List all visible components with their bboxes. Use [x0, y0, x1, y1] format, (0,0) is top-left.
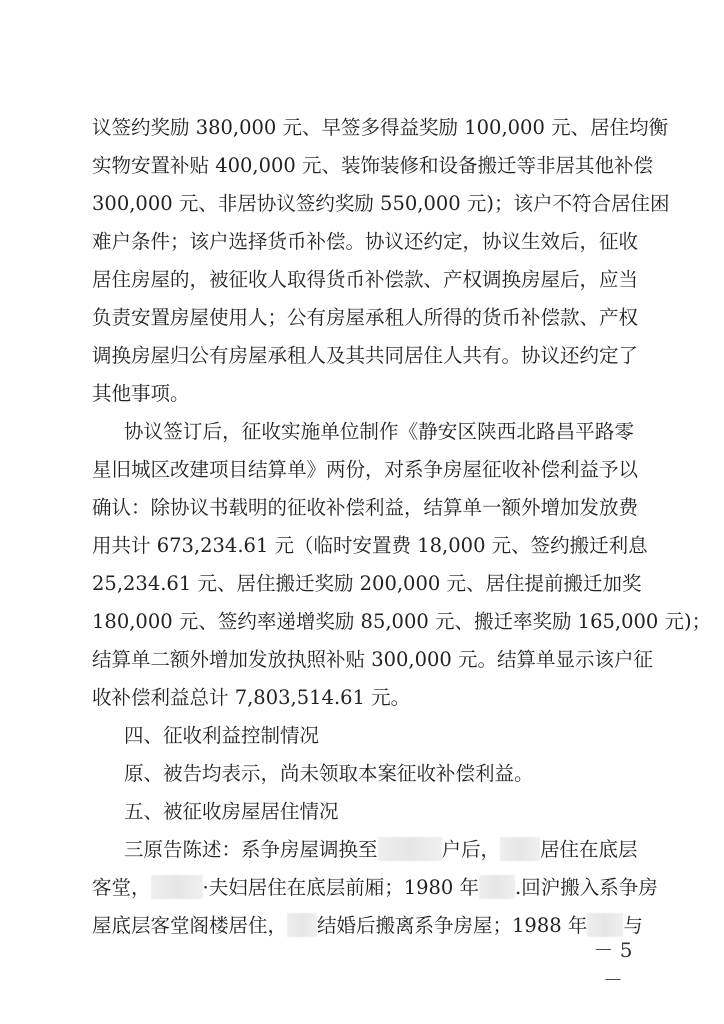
text-fragment: 与	[623, 914, 643, 937]
redaction-block	[378, 837, 442, 861]
text-line: 收补偿利益总计 7,803,514.61 元。	[92, 679, 634, 717]
redaction-block	[587, 913, 623, 937]
text-fragment: 客堂，	[92, 876, 151, 899]
text-line: 用共计 673,234.61 元（临时安置费 18,000 元、签约搬迁利息	[92, 527, 634, 565]
text-line: 25,234.61 元、居住搬迁奖励 200,000 元、居住提前搬迁加奖	[92, 565, 634, 603]
text-line: 议签约奖励 380,000 元、早签多得益奖励 100,000 元、居住均衡	[92, 109, 634, 147]
text-fragment: 结婚后搬离系争房屋；1988 年	[317, 914, 587, 937]
text-line: 难户条件；该户选择货币补偿。协议还约定，协议生效后，征收	[92, 223, 634, 261]
page-number: － 5 －	[583, 935, 643, 965]
paragraph-start-line: 协议签订后，征收实施单位制作《静安区陕西北路昌平路零	[124, 413, 634, 451]
redacted-line: 三原告陈述：系争房屋调换至户后，居住在底层	[124, 831, 634, 869]
text-fragment: 屋底层客堂阁楼居住，	[92, 914, 287, 937]
redaction-block	[500, 837, 540, 861]
text-line: 负责安置房屋使用人；公有房屋承租人所得的货币补偿款、产权	[92, 299, 634, 337]
section-heading-5: 五、被征收房屋居住情况	[124, 793, 634, 831]
text-fragment: .回沪搬入系争房	[515, 876, 658, 899]
text-line: 其他事项。	[92, 375, 634, 413]
text-line: 原、被告均表示，尚未领取本案征收补偿利益。	[124, 755, 634, 793]
redaction-block	[479, 875, 515, 899]
text-line: 300,000 元、非居协议签约奖励 550,000 元)；该户不符合居住困	[92, 185, 634, 223]
text-line: 星旧城区改建项目结算单》两份，对系争房屋征收补偿利益予以	[92, 451, 634, 489]
text-line: 180,000 元、签约率递增奖励 85,000 元、搬迁率奖励 165,000…	[92, 603, 634, 641]
text-fragment: 三原告陈述：系争房屋调换至	[124, 838, 378, 861]
text-line: 结算单二额外增加发放执照补贴 300,000 元。结算单显示该户征	[92, 641, 634, 679]
document-page: 议签约奖励 380,000 元、早签多得益奖励 100,000 元、居住均衡 实…	[0, 0, 724, 1024]
text-line: 确认：除协议书载明的征收补偿利益，结算单一额外增加发放费	[92, 489, 634, 527]
text-fragment: ·夫妇居住在底层前厢；1980 年	[203, 876, 480, 899]
text-fragment: 居住在底层	[540, 838, 638, 861]
text-fragment: 户后，	[442, 838, 501, 861]
redacted-line: 客堂，·夫妇居住在底层前厢；1980 年.回沪搬入系争房	[92, 869, 634, 907]
section-heading-4: 四、征收利益控制情况	[124, 717, 634, 755]
text-line: 居住房屋的，被征收人取得货币补偿款、产权调换房屋后，应当	[92, 261, 634, 299]
text-line: 调换房屋归公有房屋承租人及其共同居住人共有。协议还约定了	[92, 337, 634, 375]
text-line: 实物安置补贴 400,000 元、装饰装修和设备搬迁等非居其他补偿	[92, 147, 634, 185]
redacted-line: 屋底层客堂阁楼居住，结婚后搬离系争房屋；1988 年与	[92, 907, 634, 945]
redaction-block	[151, 875, 203, 899]
redaction-block	[287, 913, 317, 937]
